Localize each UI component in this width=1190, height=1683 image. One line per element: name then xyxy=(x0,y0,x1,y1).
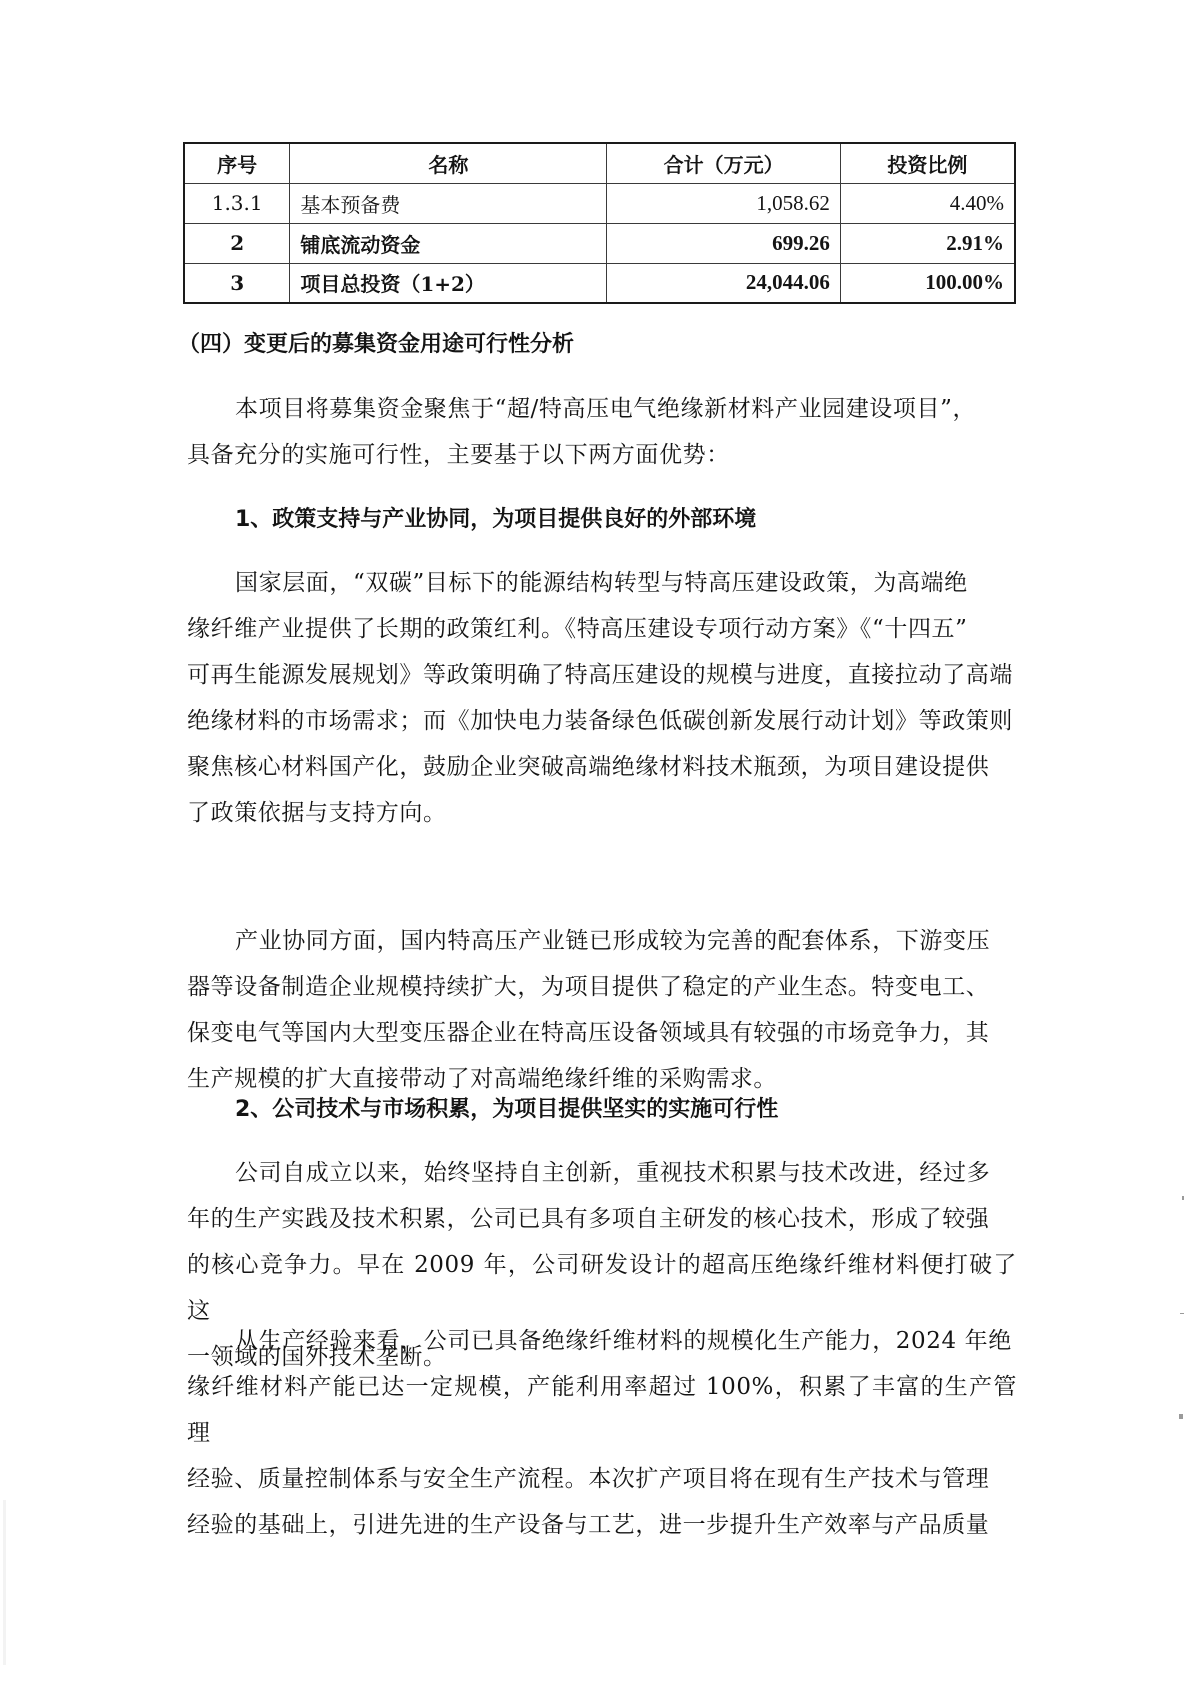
scan-speck xyxy=(1180,1313,1184,1314)
paragraph-line: 聚焦核心材料国产化，鼓励企业突破高端绝缘材料技术瓶颈，为项目建设提供 xyxy=(187,744,1017,790)
investment-table: 序号 名称 合计（万元） 投资比例 1.3.1 基本预备费 1,058.62 4… xyxy=(183,142,1016,304)
table-row: 2 铺底流动资金 699.26 2.91% xyxy=(184,223,1015,263)
paragraph-line: 公司自成立以来，始终坚持自主创新，重视技术积累与技术改进，经过多 xyxy=(187,1150,1017,1196)
cell-name: 项目总投资（1+2） xyxy=(290,263,607,303)
table-header-row: 序号 名称 合计（万元） 投资比例 xyxy=(184,143,1015,183)
production-paragraph: 从生产经验来看，公司已具备绝缘纤维材料的规模化生产能力，2024 年绝 缘纤维材… xyxy=(187,1318,1017,1548)
paragraph-line: 国家层面，“双碳”目标下的能源结构转型与特高压建设政策，为高端绝 xyxy=(187,560,1017,606)
cell-amount: 24,044.06 xyxy=(607,263,840,303)
cell-ratio: 2.91% xyxy=(840,223,1015,263)
section-heading: （四）变更后的募集资金用途可行性分析 xyxy=(178,322,1008,368)
paragraph-line: 缘纤维产业提供了长期的政策红利。《特高压建设专项行动方案》《“十四五” xyxy=(187,606,1017,652)
header-serial-no: 序号 xyxy=(184,143,290,183)
paragraph-line: 年的生产实践及技术积累，公司已具有多项自主研发的核心技术，形成了较强 xyxy=(187,1196,1017,1242)
cell-serial-no: 3 xyxy=(184,263,290,303)
scan-speck xyxy=(1179,1414,1183,1419)
document-page: 序号 名称 合计（万元） 投资比例 1.3.1 基本预备费 1,058.62 4… xyxy=(0,0,1190,1683)
cell-amount: 1,058.62 xyxy=(607,183,840,223)
table-row-total: 3 项目总投资（1+2） 24,044.06 100.00% xyxy=(184,263,1015,303)
cell-ratio: 4.40% xyxy=(840,183,1015,223)
header-name: 名称 xyxy=(290,143,607,183)
paragraph-line: 具备充分的实施可行性，主要基于以下两方面优势： xyxy=(187,432,1017,478)
header-amount: 合计（万元） xyxy=(607,143,840,183)
cell-amount: 699.26 xyxy=(607,223,840,263)
intro-paragraph: 本项目将募集资金聚焦于“超/特高压电气绝缘新材料产业园建设项目”， 具备充分的实… xyxy=(187,386,1017,478)
subheading-technology: 2、公司技术与市场积累，为项目提供坚实的实施可行性 xyxy=(235,1087,1065,1133)
cell-name: 铺底流动资金 xyxy=(290,223,607,263)
paragraph-line: 保变电气等国内大型变压器企业在特高压设备领域具有较强的市场竞争力，其 xyxy=(187,1010,1017,1056)
table-row: 1.3.1 基本预备费 1,058.62 4.40% xyxy=(184,183,1015,223)
paragraph-line: 缘纤维材料产能已达一定规模，产能利用率超过 100%，积累了丰富的生产管理 xyxy=(187,1364,1017,1456)
subheading-policy: 1、政策支持与产业协同，为项目提供良好的外部环境 xyxy=(235,497,1065,543)
cell-name: 基本预备费 xyxy=(290,183,607,223)
paragraph-line: 经验的基础上，引进先进的生产设备与工艺，进一步提升生产效率与产品质量 xyxy=(187,1502,1017,1548)
cell-ratio: 100.00% xyxy=(840,263,1015,303)
paragraph-line: 经验、质量控制体系与安全生产流程。本次扩产项目将在现有生产技术与管理 xyxy=(187,1456,1017,1502)
cell-serial-no: 2 xyxy=(184,223,290,263)
paragraph-line: 本项目将募集资金聚焦于“超/特高压电气绝缘新材料产业园建设项目”， xyxy=(187,386,1017,432)
scan-edge-shadow xyxy=(3,1500,6,1665)
paragraph-line: 从生产经验来看，公司已具备绝缘纤维材料的规模化生产能力，2024 年绝 xyxy=(187,1318,1017,1364)
scan-speck xyxy=(1182,1196,1184,1200)
paragraph-line: 器等设备制造企业规模持续扩大，为项目提供了稳定的产业生态。特变电工、 xyxy=(187,964,1017,1010)
paragraph-line: 绝缘材料的市场需求；而《加快电力装备绿色低碳创新发展行动计划》等政策则 xyxy=(187,698,1017,744)
paragraph-line: 可再生能源发展规划》等政策明确了特高压建设的规模与进度，直接拉动了高端 xyxy=(187,652,1017,698)
industry-paragraph: 产业协同方面，国内特高压产业链已形成较为完善的配套体系，下游变压 器等设备制造企… xyxy=(187,918,1017,1102)
paragraph-line: 了政策依据与支持方向。 xyxy=(187,790,1017,836)
paragraph-line: 产业协同方面，国内特高压产业链已形成较为完善的配套体系，下游变压 xyxy=(187,918,1017,964)
policy-paragraph: 国家层面，“双碳”目标下的能源结构转型与特高压建设政策，为高端绝 缘纤维产业提供… xyxy=(187,560,1017,836)
cell-serial-no: 1.3.1 xyxy=(184,183,290,223)
header-ratio: 投资比例 xyxy=(840,143,1015,183)
